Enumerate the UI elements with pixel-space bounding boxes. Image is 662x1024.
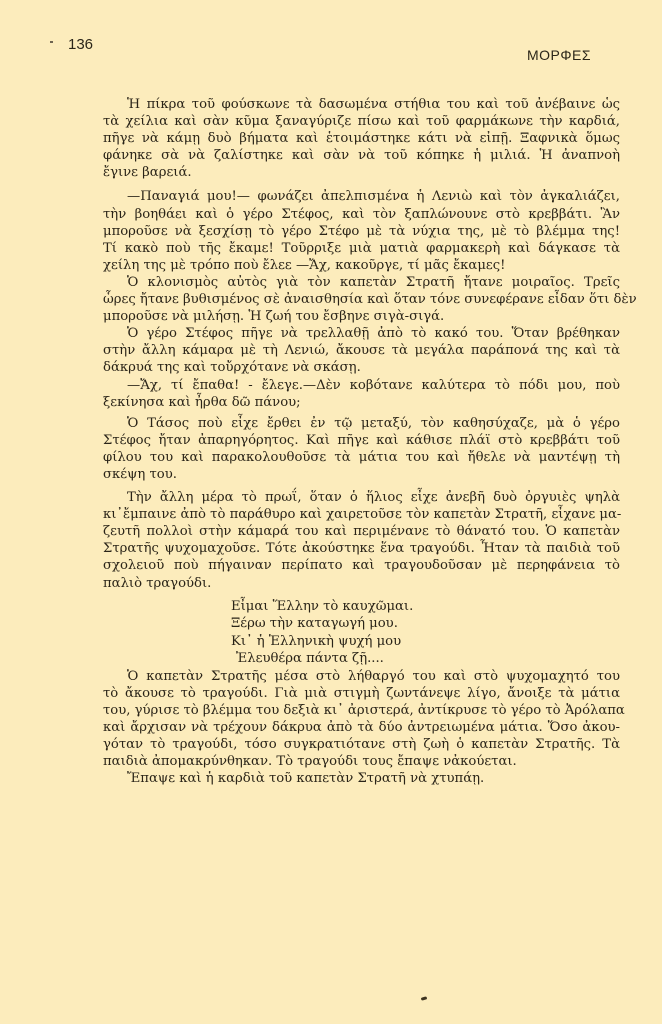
paragraph: Τὴν ἄλλη μέρα τὸ πρωΐ, ὅταν ὁ ἥλιος εἶχε… bbox=[103, 489, 620, 592]
paragraph: Ὁ κλονισμὸς αὐτὸς γιὰ τὸν καπετὰν Στρατῆ… bbox=[103, 274, 620, 325]
text-line: —Ἄχ, τί ἔπαθα! - ἔλεγε.—Δὲν κοβότανε καλ… bbox=[103, 377, 620, 394]
text-line: φάνηκε σὰ νὰ ζαλίστηκε καὶ σὰν νὰ τοῦ κό… bbox=[103, 147, 620, 164]
text-line: χείλη της μὲ τρόπο ποὺ ἔλεε —Ἄχ, κακοῦργ… bbox=[103, 257, 620, 274]
paragraph: Ὁ γέρο Στέφος πῆγε νὰ τρελλαθῇ ἀπὸ τὸ κα… bbox=[103, 325, 620, 376]
page-body: Ἡ πίκρα τοῦ φούσκωνε τὰ δασωμένα στήθια … bbox=[103, 96, 620, 787]
text-line: Ἔπαψε καὶ ἡ καρδιὰ τοῦ καπετὰν Στρατῆ νὰ… bbox=[103, 770, 620, 787]
text-line: καὶ ἄρχισαν νὰ τρέχουν δάκρυα ἀπὸ τὰ δύο… bbox=[103, 719, 620, 736]
paragraph: —Παναγιά μου!— φωνάζει ἀπελπισμένα ἡ Λεν… bbox=[103, 188, 620, 273]
text-line: παλιὸ τραγούδι. bbox=[103, 575, 620, 592]
text-line: τὴν βοηθάει καὶ ὁ γέρο Στέφος, καὶ τὸν ξ… bbox=[103, 206, 620, 223]
text-line: του, γύρισε τὸ βλέμμα του δεξιὰ κι᾿ ἀρισ… bbox=[103, 702, 620, 719]
text-line: Τὴν ἄλλη μέρα τὸ πρωΐ, ὅταν ὁ ἥλιος εἶχε… bbox=[103, 489, 620, 506]
text-line: τὸ ἄκουσε τὸ τραγούδι. Γιὰ μιὰ στιγμὴ ζω… bbox=[103, 685, 620, 702]
page-mark bbox=[50, 41, 53, 43]
verse-line: Ξέρω τὴν καταγωγή μου. bbox=[103, 615, 620, 633]
text-line: ὧρες ἤτανε βυθισμένος σὲ ἀναισθησία καὶ … bbox=[103, 291, 620, 308]
verse-line: Εἶμαι Ἕλλην τὸ καυχῶμαι. bbox=[103, 598, 620, 616]
text-line: Στρατῆς ψυχομαχοῦσε. Τότε ἀκούστηκε ἕνα … bbox=[103, 540, 620, 557]
text-line: ζευτῆ πολλοὶ στὴν κάμαρά του καὶ περιμέν… bbox=[103, 523, 620, 540]
paragraph: Ὁ Τάσος ποὺ εἶχε ἔρθει ἐν τῷ μεταξύ, τὸν… bbox=[103, 415, 620, 483]
paragraph: Ὁ καπετὰν Στρατῆς μέσα στὸ λήθαργό του κ… bbox=[103, 668, 620, 771]
text-line: παιδιὰ ἀπομακρύνθηκαν. Τὸ τραγούδι τους … bbox=[103, 753, 620, 770]
text-line: δάκρυά της καὶ τοὔρχότανε νὰ σκάσῃ. bbox=[103, 359, 620, 376]
text-line: φίλου του καὶ παρακολουθοῦσε τὰ μάτια το… bbox=[103, 449, 620, 466]
text-line: πῆγε νὰ κάμῃ δυὸ βήματα καὶ ἑτοιμάστηκε … bbox=[103, 130, 620, 147]
song-verse: Εἶμαι Ἕλλην τὸ καυχῶμαι. Ξέρω τὴν καταγω… bbox=[103, 598, 620, 668]
text-line: —Παναγιά μου!— φωνάζει ἀπελπισμένα ἡ Λεν… bbox=[103, 188, 620, 205]
text-line: Στέφος ἤταν ἀπαρηγόρητος. Καὶ πῆγε καὶ κ… bbox=[103, 432, 620, 449]
text-line: Τί κακὸ ποὺ τῆς ἔκαμε! Τοῦρριξε μιὰ ματι… bbox=[103, 240, 620, 257]
text-line: Ὁ κλονισμὸς αὐτὸς γιὰ τὸν καπετὰν Στρατῆ… bbox=[103, 274, 620, 291]
text-line: ξεκίνησα καὶ ἦρθα δῶ πάνου; bbox=[103, 394, 620, 411]
text-line: μποροῦσε νὰ ξεσχίσῃ τὸ γέρο Στέφο μὲ τὰ … bbox=[103, 223, 620, 240]
text-line: σκέψη του. bbox=[103, 466, 620, 483]
page-number: 136 bbox=[68, 36, 93, 53]
text-line: Ὁ γέρο Στέφος πῆγε νὰ τρελλαθῇ ἀπὸ τὸ κα… bbox=[103, 325, 620, 342]
text-line: σχολειοῦ ποὺ πήγαιναν περίπατο καὶ τραγο… bbox=[103, 557, 620, 574]
text-line: Ὁ καπετὰν Στρατῆς μέσα στὸ λήθαργό του κ… bbox=[103, 668, 620, 685]
text-line: Ἡ πίκρα τοῦ φούσκωνε τὰ δασωμένα στήθια … bbox=[103, 96, 620, 113]
verse-line: Κι᾿ ἡ Ἑλληνικὴ ψυχή μου bbox=[103, 633, 620, 651]
paragraph: —Ἄχ, τί ἔπαθα! - ἔλεγε.—Δὲν κοβότανε καλ… bbox=[103, 377, 620, 411]
text-line: τὰ χείλια καὶ σὰν κῦμα ξαναγύριζε πίσω κ… bbox=[103, 113, 620, 130]
running-title: ΜΟΡΦΕΣ bbox=[527, 47, 591, 63]
text-line: γόταν τὸ τραγούδι, τόσο συγκρατιότανε στ… bbox=[103, 736, 620, 753]
text-line: κι᾿ἔμπαινε ἀπὸ τὸ παράθυρο καὶ χαιρετοῦσ… bbox=[103, 506, 620, 523]
text-line: μποροῦσε νὰ μιλήσῃ. Ἡ ζωή του ἔσβηνε σιγ… bbox=[103, 308, 620, 325]
ink-speck bbox=[421, 996, 428, 1000]
paragraph: Ἡ πίκρα τοῦ φούσκωνε τὰ δασωμένα στήθια … bbox=[103, 96, 620, 181]
text-line: ἔγινε βαρειά. bbox=[103, 164, 620, 181]
paragraph: Ἔπαψε καὶ ἡ καρδιὰ τοῦ καπετὰν Στρατῆ νὰ… bbox=[103, 770, 620, 787]
text-line: στὴν ἄλλη κάμαρα μὲ τὴ Λενιώ, ἄκουσε τὰ … bbox=[103, 342, 620, 359]
text-line: Ὁ Τάσος ποὺ εἶχε ἔρθει ἐν τῷ μεταξύ, τὸν… bbox=[103, 415, 620, 432]
verse-line: Ἐλευθέρα πάντα ζῇ.... bbox=[103, 650, 620, 668]
